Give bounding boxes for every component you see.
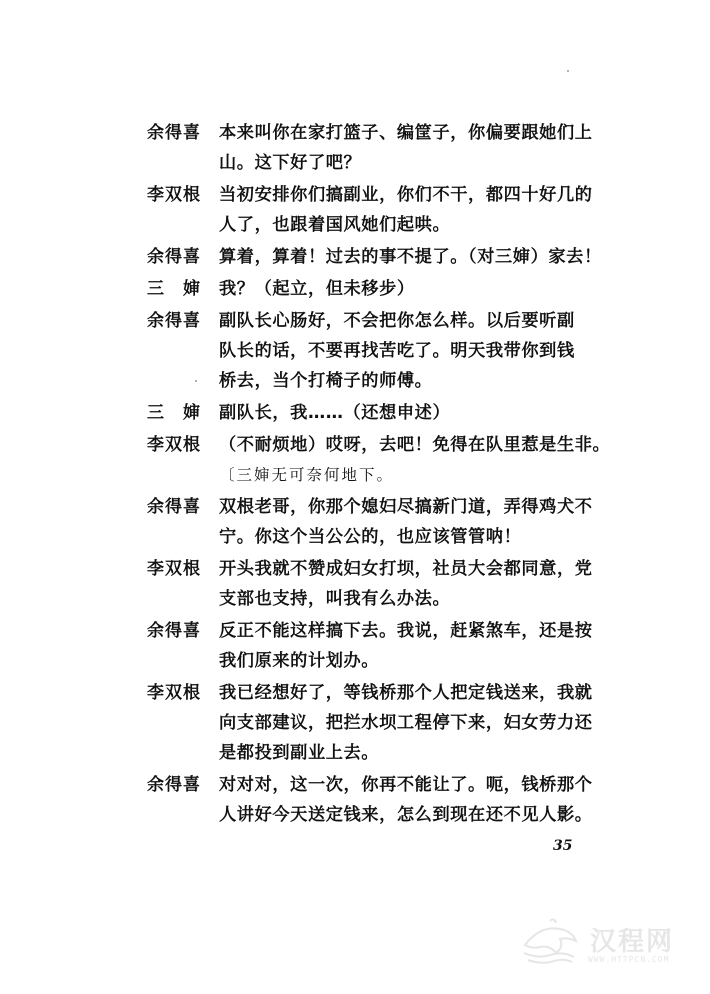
speaker-name: 余得喜 bbox=[147, 242, 219, 272]
page-number: 35 bbox=[553, 838, 572, 854]
dialogue-text: 本来叫你在家打篮子、编筐子，你偏要跟她们上 山。这下好了吧？ bbox=[219, 118, 597, 178]
speaker-name: 三 婶 bbox=[147, 398, 219, 428]
dialogue-line: （不耐烦地）哎呀，去吧！免得在队里惹是生非。 bbox=[219, 430, 610, 460]
dialogue-text: 对对对，这一次，你再不能让了。呃，钱桥那个 人讲好今天送定钱来，怎么到现在还不见… bbox=[219, 770, 597, 830]
speaker-name: 余得喜 bbox=[147, 770, 219, 800]
dialogue-entry: 余得喜 算着，算着！过去的事不提了。（对三婶）家去！ bbox=[147, 242, 597, 272]
dialogue-line: 算着，算着！过去的事不提了。（对三婶）家去！ bbox=[219, 242, 602, 272]
dialogue-line: 我？（起立，但未移步） bbox=[219, 274, 597, 304]
dialogue-text: 当初安排你们搞副业，你们不干，都四十好几的 人了，也跟着国风她们起哄。 bbox=[219, 180, 597, 240]
dialogue-line: 副队长心肠好，不会把你怎么样。以后要听副 bbox=[219, 306, 597, 336]
dialogue-line: 我已经想好了，等钱桥那个人把定钱送来，我就 bbox=[219, 678, 597, 708]
stage-direction: 〔三婶无可奈何地下。 bbox=[219, 460, 610, 490]
dialogue-entry: 余得喜 对对对，这一次，你再不能让了。呃，钱桥那个 人讲好今天送定钱来，怎么到现… bbox=[147, 770, 597, 830]
dialogue-line: 队长的话，不要再找苦吃了。明天我带你到钱 bbox=[219, 336, 597, 366]
dialogue-entry: 余得喜 双根老哥，你那个媳妇尽搞新门道，弄得鸡犬不 宁。你这个当公公的，也应该管… bbox=[147, 492, 597, 552]
dialogue-entry: 李双根 当初安排你们搞副业，你们不干，都四十好几的 人了，也跟着国风她们起哄。 bbox=[147, 180, 597, 240]
dialogue-text: （不耐烦地）哎呀，去吧！免得在队里惹是生非。 〔三婶无可奈何地下。 bbox=[219, 430, 610, 490]
speaker-name: 余得喜 bbox=[147, 306, 219, 336]
dialogue-text: 副队长，我……（还想申述） bbox=[219, 398, 597, 428]
dialogue-entry: 余得喜 副队长心肠好，不会把你怎么样。以后要听副 队长的话，不要再找苦吃了。明天… bbox=[147, 306, 597, 396]
dialogue-text: 副队长心肠好，不会把你怎么样。以后要听副 队长的话，不要再找苦吃了。明天我带你到… bbox=[219, 306, 597, 396]
speaker-name: 李双根 bbox=[147, 554, 219, 584]
dialogue-text: 我已经想好了，等钱桥那个人把定钱送来，我就 向支部建议，把拦水坝工程停下来，妇女… bbox=[219, 678, 597, 768]
dialogue-entry: 三 婶 副队长，我……（还想申述） bbox=[147, 398, 597, 428]
watermark: 汉程网 WWW.HTTPCN.COM bbox=[520, 915, 700, 975]
speaker-name: 李双根 bbox=[147, 430, 219, 460]
dolphin-logo-icon bbox=[520, 915, 580, 965]
dialogue-line: 副队长，我……（还想申述） bbox=[219, 398, 597, 428]
book-page: 余得喜 本来叫你在家打篮子、编筐子，你偏要跟她们上 山。这下好了吧？ 李双根 当… bbox=[0, 0, 710, 994]
watermark-title: 汉程网 bbox=[590, 921, 674, 958]
play-script: 余得喜 本来叫你在家打篮子、编筐子，你偏要跟她们上 山。这下好了吧？ 李双根 当… bbox=[147, 118, 597, 832]
dialogue-entry: 李双根 （不耐烦地）哎呀，去吧！免得在队里惹是生非。 〔三婶无可奈何地下。 bbox=[147, 430, 597, 490]
dialogue-line: 当初安排你们搞副业，你们不干，都四十好几的 bbox=[219, 180, 597, 210]
dialogue-entry: 李双根 我已经想好了，等钱桥那个人把定钱送来，我就 向支部建议，把拦水坝工程停下… bbox=[147, 678, 597, 768]
dialogue-line: 人讲好今天送定钱来，怎么到现在还不见人影。 bbox=[219, 800, 597, 830]
dialogue-line: 是都投到副业上去。 bbox=[219, 738, 597, 768]
dialogue-line: 双根老哥，你那个媳妇尽搞新门道，弄得鸡犬不 bbox=[219, 492, 597, 522]
dialogue-line: 开头我就不赞成妇女打坝，社员大会都同意，党 bbox=[219, 554, 597, 584]
dialogue-text: 双根老哥，你那个媳妇尽搞新门道，弄得鸡犬不 宁。你这个当公公的，也应该管管呐！ bbox=[219, 492, 597, 552]
dialogue-line: 我们原来的计划办。 bbox=[219, 646, 597, 676]
watermark-url: WWW.HTTPCN.COM bbox=[588, 955, 669, 964]
dialogue-text: 反正不能这样搞下去。我说，赶紧煞车，还是按 我们原来的计划办。 bbox=[219, 616, 597, 676]
speaker-name: 李双根 bbox=[147, 180, 219, 210]
dialogue-entry: 余得喜 反正不能这样搞下去。我说，赶紧煞车，还是按 我们原来的计划办。 bbox=[147, 616, 597, 676]
speaker-name: 李双根 bbox=[147, 678, 219, 708]
dialogue-text: 算着，算着！过去的事不提了。（对三婶）家去！ bbox=[219, 242, 602, 272]
dialogue-line: 反正不能这样搞下去。我说，赶紧煞车，还是按 bbox=[219, 616, 597, 646]
dialogue-entry: 三 婶 我？（起立，但未移步） bbox=[147, 274, 597, 304]
scan-speck bbox=[567, 70, 569, 72]
dialogue-entry: 余得喜 本来叫你在家打篮子、编筐子，你偏要跟她们上 山。这下好了吧？ bbox=[147, 118, 597, 178]
dialogue-text: 开头我就不赞成妇女打坝，社员大会都同意，党 支部也支持，叫我有么办法。 bbox=[219, 554, 597, 614]
speaker-name: 余得喜 bbox=[147, 118, 219, 148]
speaker-name: 三 婶 bbox=[147, 274, 219, 304]
speaker-name: 余得喜 bbox=[147, 616, 219, 646]
dialogue-text: 我？（起立，但未移步） bbox=[219, 274, 597, 304]
dialogue-line: 支部也支持，叫我有么办法。 bbox=[219, 584, 597, 614]
dialogue-line: 人了，也跟着国风她们起哄。 bbox=[219, 210, 597, 240]
dialogue-line: 本来叫你在家打篮子、编筐子，你偏要跟她们上 bbox=[219, 118, 597, 148]
dialogue-line: 对对对，这一次，你再不能让了。呃，钱桥那个 bbox=[219, 770, 597, 800]
dialogue-entry: 李双根 开头我就不赞成妇女打坝，社员大会都同意，党 支部也支持，叫我有么办法。 bbox=[147, 554, 597, 614]
speaker-name: 余得喜 bbox=[147, 492, 219, 522]
dialogue-line: 宁。你这个当公公的，也应该管管呐！ bbox=[219, 522, 597, 552]
dialogue-line: 山。这下好了吧？ bbox=[219, 148, 597, 178]
dialogue-line: 桥去，当个打椅子的师傅。 bbox=[219, 366, 597, 396]
dialogue-line: 向支部建议，把拦水坝工程停下来，妇女劳力还 bbox=[219, 708, 597, 738]
scan-speck bbox=[195, 380, 197, 382]
